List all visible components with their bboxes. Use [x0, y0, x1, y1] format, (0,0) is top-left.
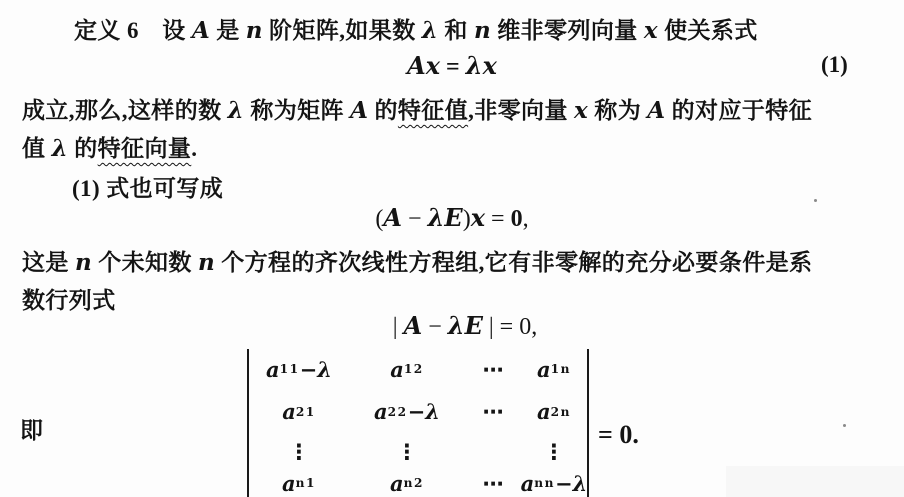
text-segment: 个方程的齐次线性方程组,它有非零解的充分必要条件是系 — [215, 250, 812, 275]
text-segment: a — [266, 357, 280, 382]
text-segment: λ — [317, 357, 332, 382]
text-segment: 特征值 — [398, 98, 468, 123]
text-segment: A — [192, 17, 210, 44]
text-segment: 称为矩阵 — [244, 98, 350, 123]
text-segment: 的 — [68, 136, 98, 161]
text-segment: ⋯ — [483, 357, 504, 382]
text-segment: λ — [425, 399, 440, 424]
text-segment: | = 0, — [483, 314, 537, 340]
matrix-cell-r1c1: a11 − λ — [249, 349, 349, 389]
text-segment: x — [574, 97, 588, 124]
text-segment: − — [555, 471, 573, 496]
matrix-cell-r3c2: ⋮ — [349, 434, 465, 469]
text-segment: a — [282, 471, 296, 496]
matrix-cell-r2c3: ⋯ — [465, 389, 521, 434]
text-segment: A — [647, 97, 665, 124]
text-segment: ⋮ — [289, 439, 310, 464]
text-segment: 的 — [368, 98, 398, 123]
matrix-cell-r2c1: a21 — [249, 389, 349, 434]
text-segment: nn — [534, 476, 555, 490]
text-segment: a — [374, 399, 388, 424]
textbook-page: { "colors": { "background": "#fdfdfd", "… — [0, 0, 904, 497]
text-segment: n — [474, 17, 491, 44]
matrix-cell-r1c3: ⋯ — [465, 349, 521, 389]
matrix-cell-r3c3 — [465, 434, 521, 469]
text-segment: 22 — [388, 405, 408, 419]
definition-line-2: 成立,那么,这样的数 λ 称为矩阵 A 的特征值,非零向量 x 称为 A 的对应… — [22, 92, 812, 125]
text-segment: λ — [466, 51, 483, 80]
equation-number-1: (1) — [821, 52, 848, 78]
text-segment: n1 — [296, 476, 316, 490]
text-segment: 设 — [139, 18, 192, 43]
text-segment: a — [521, 471, 535, 496]
text-segment: ⋯ — [483, 471, 504, 496]
text-segment: A — [350, 97, 368, 124]
definition-line-1: 定义 6 设 A 是 n 阶矩阵,如果数 λ 和 n 维非零列向量 x 使关系式 — [74, 12, 758, 45]
matrix-cell-r1c2: a12 — [349, 349, 465, 389]
matrix-cell-r2c2: a22 − λ — [349, 389, 465, 434]
text-segment: x — [471, 203, 485, 232]
text-segment: A — [404, 311, 423, 340]
text-segment: x — [483, 51, 497, 80]
text-segment: λ — [228, 97, 245, 124]
text-segment: 使关系式 — [658, 18, 758, 43]
text-segment: − — [408, 399, 426, 424]
scan-speck — [814, 199, 817, 202]
matrix-cell-r1c4: a1n — [521, 349, 587, 389]
text-segment: 的对应于特征 — [666, 98, 813, 123]
text-segment: 11 — [280, 362, 300, 376]
text-segment: 21 — [296, 405, 316, 419]
matrix-cell-r4c1: an1 — [249, 469, 349, 497]
text-segment: n — [75, 249, 92, 276]
text-segment: 维非零列向量 — [491, 18, 644, 43]
text-segment: 0 — [511, 206, 523, 232]
namely-label: 即 — [20, 412, 43, 445]
text-segment: − — [300, 357, 318, 382]
text-segment: 1n — [551, 362, 571, 376]
text-segment: 这是 — [22, 250, 75, 275]
determinant-equals-zero: = 0. — [598, 420, 639, 450]
text-segment: λ — [422, 17, 439, 44]
text-segment: λ — [52, 135, 69, 162]
matrix-cell-r2c4: a2n — [521, 389, 587, 434]
matrix-cell-r4c2: an2 — [349, 469, 465, 497]
text-segment: = 0. — [598, 420, 639, 449]
text-segment: 12 — [404, 362, 424, 376]
text-segment: ⋯ — [483, 399, 504, 424]
text-segment: − — [422, 314, 448, 340]
definition-line-3: 值 λ 的特征向量. — [22, 130, 197, 163]
text-segment: 特征向量 — [98, 136, 192, 161]
text-segment: 和 — [438, 18, 474, 43]
text-segment: λ — [573, 471, 588, 496]
text-segment: , — [523, 206, 529, 232]
scan-artifact-rectangle — [726, 466, 904, 497]
text-segment: 阶矩阵,如果数 — [263, 18, 422, 43]
equation-ax-equals-lambda-x: Ax = λx — [0, 51, 904, 81]
text-segment: x — [644, 17, 658, 44]
text-segment: ⋮ — [544, 439, 565, 464]
text-segment: . — [191, 136, 197, 161]
text-segment: a — [537, 357, 551, 382]
determinant-matrix: a11 − λ a12 ⋯ a1n a21 a22 − λ ⋯ a2n ⋮ ⋮ … — [247, 349, 589, 497]
text-segment: n2 — [404, 476, 424, 490]
equation-characteristic-determinant-text: | A − λE | = 0, — [393, 311, 537, 341]
text-segment: a — [537, 399, 551, 424]
matrix-cell-r4c4: ann − λ — [521, 469, 587, 497]
text-segment: | — [393, 314, 404, 340]
equation-characteristic-determinant: | A − λE | = 0, — [0, 311, 904, 341]
text-segment: a — [390, 471, 404, 496]
text-segment: 称为 — [588, 98, 647, 123]
text-segment: ⋮ — [397, 439, 418, 464]
text-segment: 定义 6 — [74, 18, 139, 43]
text-segment: λ — [428, 203, 445, 232]
text-segment: x — [426, 51, 440, 80]
text-segment: λ — [448, 311, 465, 340]
text-segment: A — [383, 203, 402, 232]
text-segment: 2n — [551, 405, 571, 419]
equation-homogeneous-system: (A − λE)x = 0, — [0, 203, 904, 233]
text-segment: a — [390, 357, 404, 382]
text-segment: = — [485, 206, 511, 232]
text-segment: 数行列式 — [22, 288, 116, 313]
text-segment: a — [282, 399, 296, 424]
text-segment: n — [198, 249, 215, 276]
text-segment: ,非零向量 — [468, 98, 574, 123]
text-segment: 个未知数 — [92, 250, 198, 275]
text-segment: 值 — [22, 136, 52, 161]
text-segment: − — [402, 206, 428, 232]
text-segment: = — [440, 54, 466, 80]
text-segment: A — [407, 51, 426, 80]
matrix-cell-r4c3: ⋯ — [465, 469, 521, 497]
text-segment: ) — [463, 206, 471, 232]
text-segment: 是 — [210, 18, 246, 43]
scan-speck — [843, 424, 846, 427]
text-segment: (1) 式也可写成 — [72, 176, 223, 201]
text-segment: E — [465, 311, 483, 340]
text-segment: n — [246, 17, 263, 44]
text-segment: 成立,那么,这样的数 — [22, 98, 228, 123]
matrix-cell-r3c4: ⋮ — [521, 434, 587, 469]
text-segment: E — [444, 203, 462, 232]
condition-line-1: 这是 n 个未知数 n 个方程的齐次线性方程组,它有非零解的充分必要条件是系 — [22, 244, 812, 277]
matrix-cell-r3c1: ⋮ — [249, 434, 349, 469]
rewrite-intro-line: (1) 式也可写成 — [72, 170, 223, 203]
